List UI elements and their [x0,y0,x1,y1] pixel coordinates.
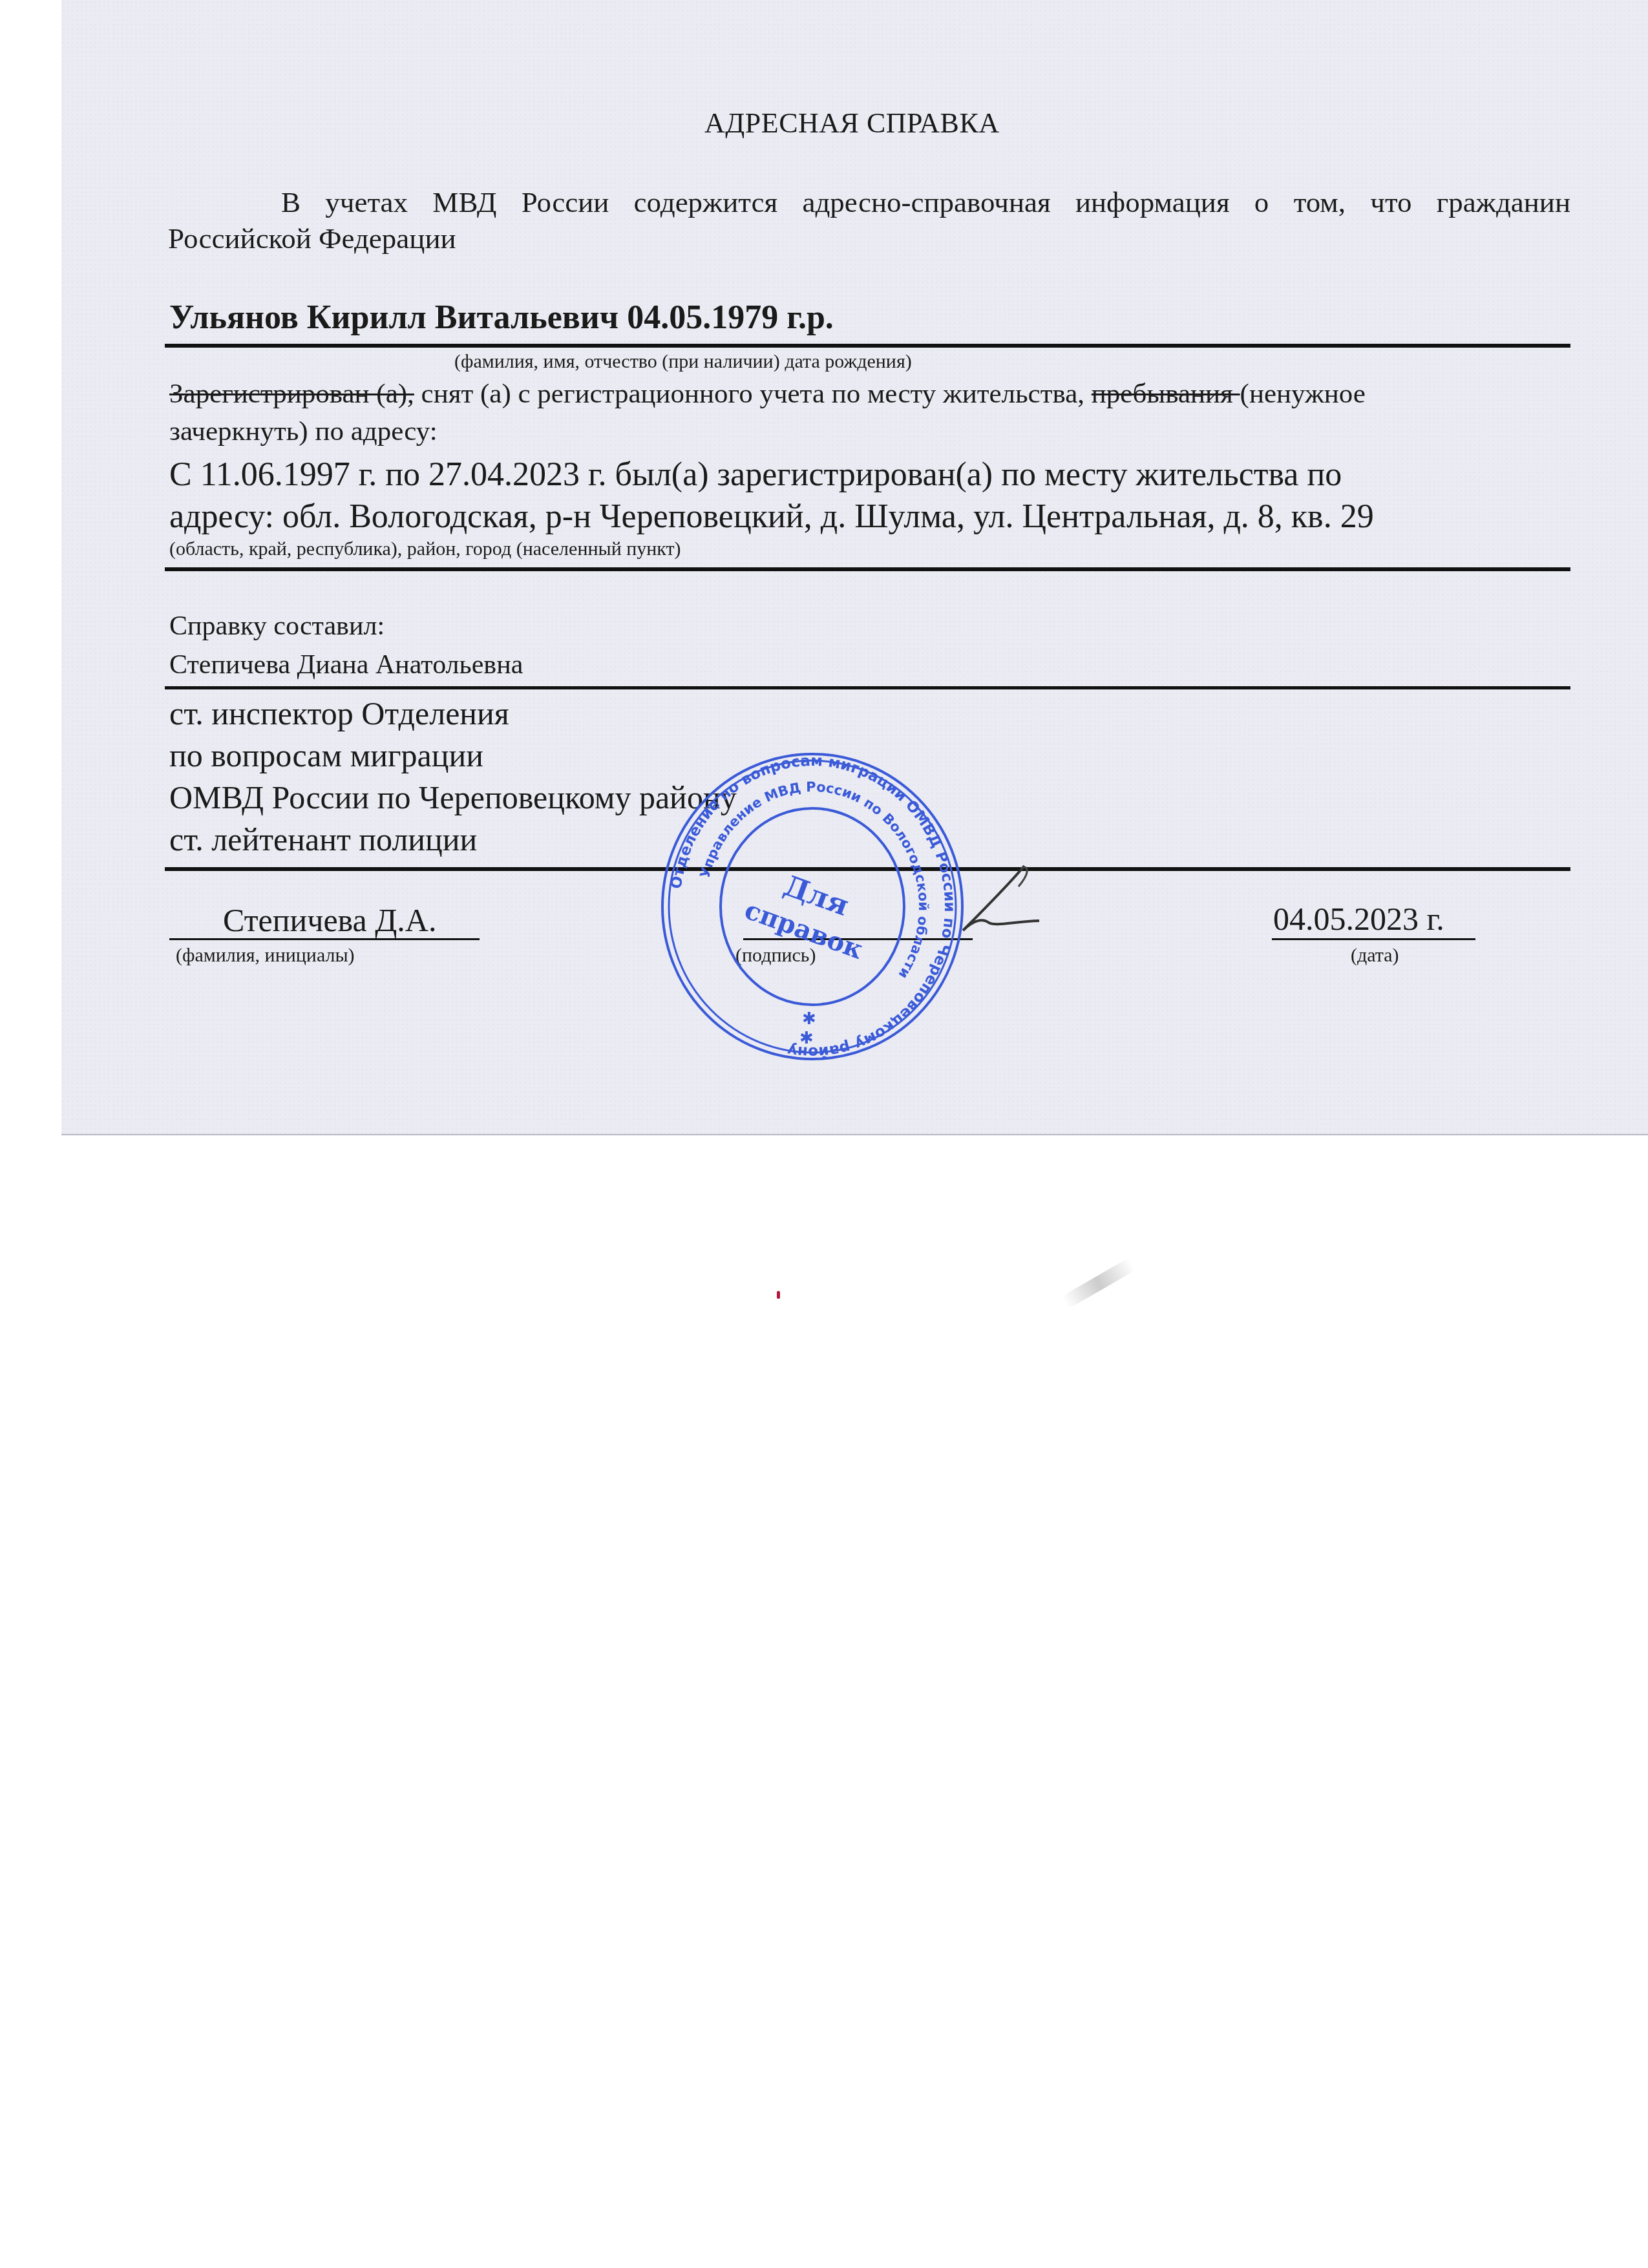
position-line-3: ОМВД России по Череповецкому району [169,779,737,816]
struck-stay: пребывания [1092,379,1240,409]
registration-period: С 11.06.1997 г. по 27.04.2023 г. был(а) … [169,456,1342,494]
intro-text-line1: В учетах МВД России содержится адресно-с… [168,185,1570,219]
status-line: Зарегистрирован (а), снят (а) с регистра… [169,378,1366,410]
compiled-by-underline [165,686,1570,689]
compiled-by-label: Справку составил: [169,611,385,642]
date-hint: (дата) [1351,945,1399,967]
registration-address: адресу: обл. Вологодская, р-н Череповецк… [169,498,1374,536]
signer-name-hint: (фамилия, инициалы) [176,945,355,967]
struck-registered: Зарегистрирован (а), [169,379,414,409]
handwritten-signature [956,859,1041,940]
svg-text:✱: ✱ [802,1009,816,1028]
official-stamp: Отделение по вопросам миграции ОМВД Росс… [659,753,966,1063]
scan-smudge [1062,1257,1136,1308]
status-text-2: (ненужное [1240,379,1366,409]
signer-name-line [169,938,480,940]
scan-speck [777,1291,780,1299]
address-hint: (область, край, республика), район, горо… [169,538,681,560]
status-line-2: зачеркнуть) по адресу: [169,415,438,447]
position-line-4: ст. лейтенант полиции [169,821,477,858]
person-name-and-birthdate: Ульянов Кирилл Витальевич 04.05.1979 г.р… [169,299,834,337]
document-title: АДРЕСНАЯ СПРАВКА [704,107,1000,140]
address-underline [165,567,1570,571]
issue-date: 04.05.2023 г. [1273,900,1444,938]
intro-text-line2: Российской Федерации [168,222,456,255]
position-line-2: по вопросам миграции [169,737,483,774]
compiled-by-name: Степичева Диана Анатольевна [169,649,523,680]
person-underline [165,344,1570,348]
status-text-1: снят (а) с регистрационного учета по мес… [414,379,1092,409]
position-line-1: ст. инспектор Отделения [169,695,509,732]
svg-text:✱: ✱ [799,1029,814,1047]
date-line [1272,938,1475,940]
person-hint: (фамилия, имя, отчество (при наличии) да… [454,351,912,373]
signer-name: Степичева Д.А. [223,901,436,939]
